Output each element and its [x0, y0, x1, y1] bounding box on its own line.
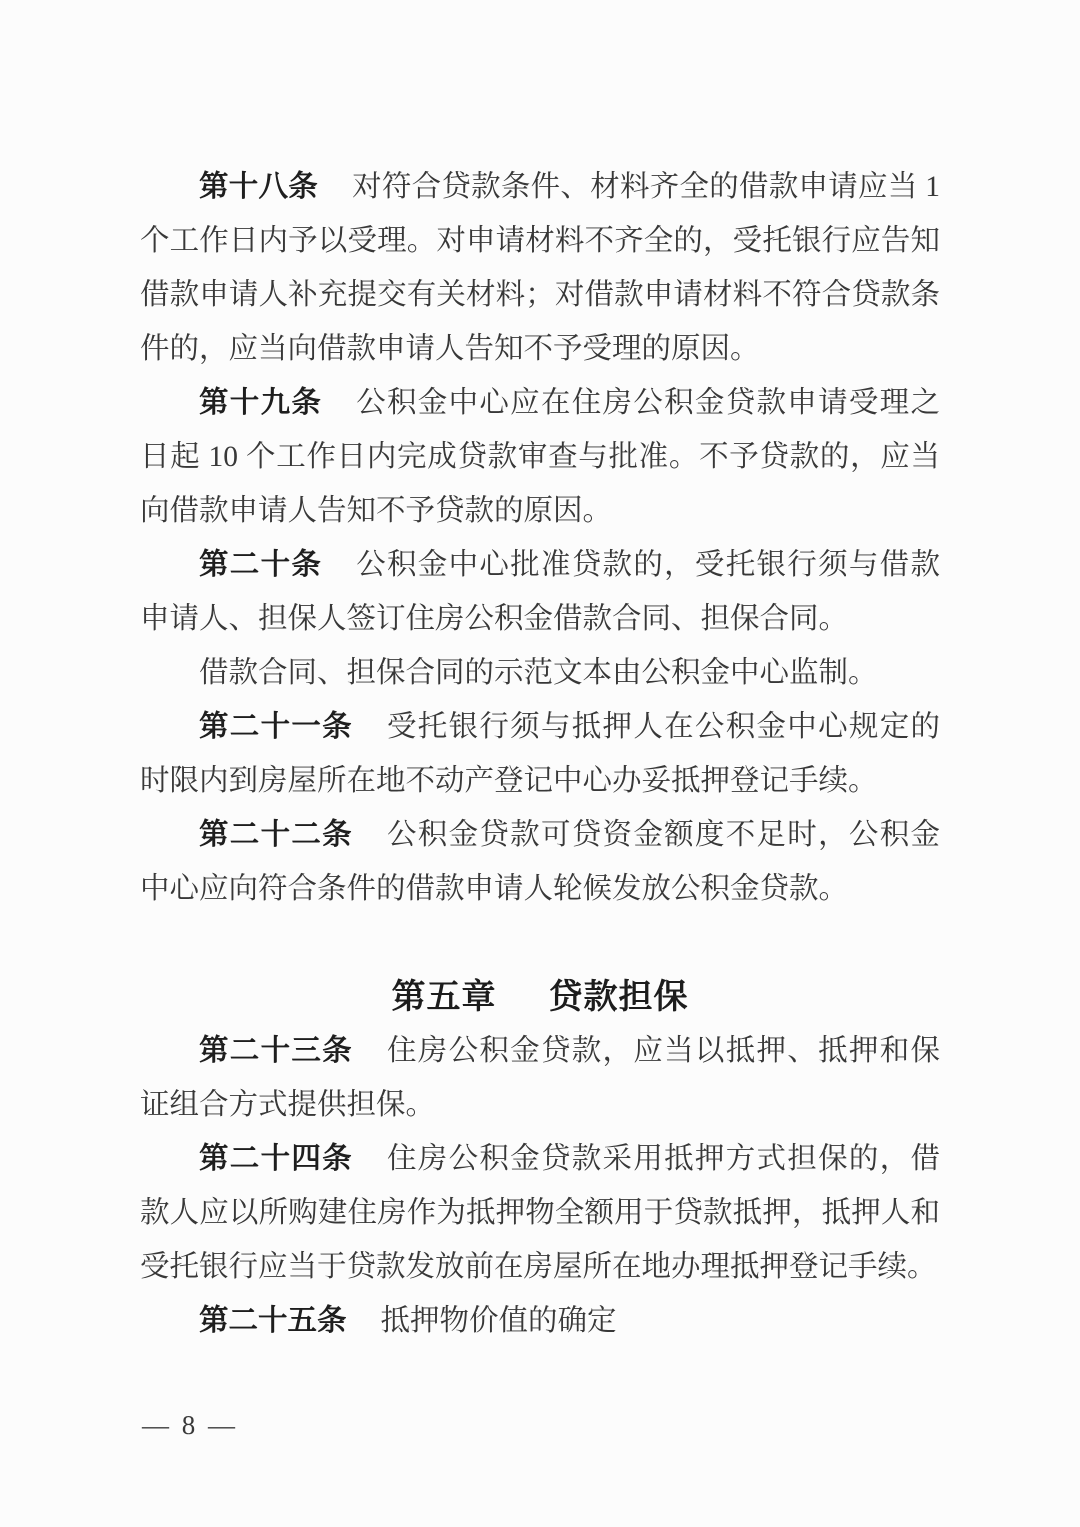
- article-text: 借款合同、担保合同的示范文本由公积金中心监制。: [199, 657, 878, 689]
- article-22-paragraph: 第二十二条公积金贷款可贷资金额度不足时，公积金中心应向符合条件的借款申请人轮候发…: [140, 808, 940, 916]
- article-text: 抵押物价值的确定: [381, 1305, 617, 1337]
- article-number: 第二十四条: [199, 1143, 353, 1175]
- article-20-subparagraph: 借款合同、担保合同的示范文本由公积金中心监制。: [140, 646, 940, 700]
- article-21-paragraph: 第二十一条受托银行须与抵押人在公积金中心规定的时限内到房屋所在地不动产登记中心办…: [140, 700, 940, 808]
- article-24-paragraph: 第二十四条住房公积金贷款采用抵押方式担保的，借款人应以所购建住房作为抵押物全额用…: [140, 1132, 940, 1294]
- article-number: 第十八条: [199, 171, 318, 203]
- document-body: 第十八条对符合贷款条件、材料齐全的借款申请应当 1 个工作日内予以受理。对申请材…: [140, 160, 940, 1348]
- article-number: 第二十二条: [199, 819, 353, 851]
- chapter-number: 第五章: [392, 978, 497, 1016]
- chapter-heading: 第五章贷款担保: [140, 970, 940, 1024]
- chapter-title: 贷款担保: [549, 978, 689, 1016]
- article-number: 第二十条: [199, 549, 322, 581]
- article-number: 第二十一条: [199, 711, 353, 743]
- document-page: 第十八条对符合贷款条件、材料齐全的借款申请应当 1 个工作日内予以受理。对申请材…: [0, 0, 1080, 1527]
- article-20-paragraph: 第二十条公积金中心批准贷款的，受托银行须与借款申请人、担保人签订住房公积金借款合…: [140, 538, 940, 646]
- page-footer: — 8 —: [142, 1408, 238, 1442]
- article-19-paragraph: 第十九条公积金中心应在住房公积金贷款申请受理之日起 10 个工作日内完成贷款审查…: [140, 376, 940, 538]
- page-number: — 8 —: [142, 1410, 238, 1440]
- article-number: 第二十五条: [199, 1305, 347, 1337]
- article-23-paragraph: 第二十三条住房公积金贷款，应当以抵押、抵押和保证组合方式提供担保。: [140, 1024, 940, 1132]
- article-number: 第二十三条: [199, 1035, 353, 1067]
- article-number: 第十九条: [199, 387, 322, 419]
- article-25-paragraph: 第二十五条抵押物价值的确定: [140, 1294, 940, 1348]
- article-18-paragraph: 第十八条对符合贷款条件、材料齐全的借款申请应当 1 个工作日内予以受理。对申请材…: [140, 160, 940, 376]
